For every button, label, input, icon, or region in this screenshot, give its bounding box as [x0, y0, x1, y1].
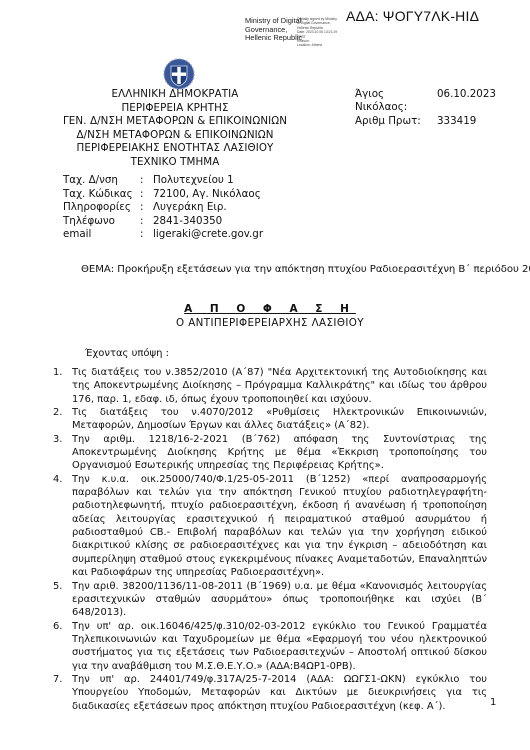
item-number: 6.	[53, 620, 72, 673]
item-text: Την αριθμ. 1218/16-2-2021 (Β΄762) απόφασ…	[72, 433, 487, 473]
list-item: 1.Τις διατάξεις του ν.3852/2010 (Α΄87) "…	[53, 366, 487, 406]
page-number: 1	[490, 697, 496, 708]
document-date: 06.10.2023	[437, 88, 496, 115]
list-item: 4.Την κ.υ.α. οικ.25000/740/Φ.1/25-05-201…	[53, 473, 487, 580]
contact-label: Ταχ. Δ/νση	[63, 174, 140, 188]
list-item: 6.Την υπ' αρ. οικ.16046/425/φ.310/02-03-…	[53, 620, 487, 673]
item-number: 4.	[53, 473, 72, 580]
item-text: Τις διατάξεις του ν.4070/2012 «Ρυθμίσεις…	[72, 406, 487, 433]
contact-row-info: Πληροφορίες : Λυγεράκη Ειρ.	[63, 201, 263, 215]
contact-label: Πληροφορίες	[63, 201, 140, 215]
protocol-label: Αριθμ Πρωτ:	[355, 115, 437, 128]
list-item: 2.Τις διατάξεις του ν.4070/2012 «Ρυθμίσε…	[53, 406, 487, 433]
item-text: Την υπ' αρ. 24401/749/φ.317Α/25-7-2014 (…	[72, 673, 487, 713]
org-line: ΤΕΧΝΙΚΟ ΤΜΗΜΑ	[25, 156, 325, 170]
issuing-authority-block: ΕΛΛΗΝΙΚΗ ΔΗΜΟΚΡΑΤΙΑ ΠΕΡΙΦΕΡΕΙΑ ΚΡΗΤΗΣ ΓΕ…	[25, 88, 325, 170]
item-number: 5.	[53, 580, 72, 620]
contact-label: Τηλέφωνο	[63, 215, 140, 229]
decision-title: Α Π Ο Φ Α Σ Η	[0, 303, 530, 315]
item-text: Την κ.υ.α. οικ.25000/740/Φ.1/25-05-2011 …	[72, 473, 487, 580]
place-label: Άγιος Νικόλαος:	[355, 88, 437, 115]
item-number: 7.	[53, 673, 72, 713]
item-number: 1.	[53, 366, 72, 406]
signature-name-line: Hellenic Republic	[245, 34, 302, 43]
considering-heading: Έχοντας υπόψη :	[85, 348, 169, 359]
list-item: 3.Την αριθμ. 1218/16-2-2021 (Β΄762) απόφ…	[53, 433, 487, 473]
decision-authority: Ο ΑΝΤΙΠΕΡΙΦΕΡΕΙΑΡΧΗΣ ΛΑΣΙΘΙΟΥ	[0, 317, 530, 329]
document-meta: Άγιος Νικόλαος: 06.10.2023 Αριθμ Πρωτ: 3…	[355, 88, 496, 128]
org-line: ΕΛΛΗΝΙΚΗ ΔΗΜΟΚΡΑΤΙΑ	[25, 88, 325, 102]
contact-row-postcode: Ταχ. Κώδικας : 72100, Αγ. Νικόλαος	[63, 188, 263, 202]
contact-separator: :	[140, 174, 153, 188]
contact-label: Ταχ. Κώδικας	[63, 188, 140, 202]
contact-value: 72100, Αγ. Νικόλαος	[153, 188, 261, 202]
protocol-number: 333419	[437, 115, 476, 128]
org-line: ΠΕΡΙΦΕΡΕΙΑ ΚΡΗΤΗΣ	[25, 102, 325, 116]
contact-row-address: Ταχ. Δ/νση : Πολυτεχνείου 1	[63, 174, 263, 188]
contact-info: Ταχ. Δ/νση : Πολυτεχνείου 1 Ταχ. Κώδικας…	[63, 174, 263, 242]
list-item: 7.Την υπ' αρ. 24401/749/φ.317Α/25-7-2014…	[53, 673, 487, 713]
contact-row-email: email : ligeraki@crete.gov.gr	[63, 228, 263, 242]
contact-value: 2841-340350	[153, 215, 222, 229]
contact-value: Λυγεράκη Ειρ.	[153, 201, 227, 215]
org-line: Δ/ΝΣΗ ΜΕΤΑΦΟΡΩΝ & ΕΠΙΚΟΙΝΩΝΙΩΝ	[25, 129, 325, 143]
signature-meta-line: Location: Athens	[297, 43, 349, 47]
org-line: ΓΕΝ. Δ/ΝΣΗ ΜΕΤΑΦΟΡΩΝ & ΕΠΙΚΟΙΝΩΝΙΩΝ	[25, 115, 325, 129]
contact-value: Πολυτεχνείου 1	[153, 174, 234, 188]
contact-separator: :	[140, 201, 153, 215]
considerations-list: 1.Τις διατάξεις του ν.3852/2010 (Α΄87) "…	[53, 366, 487, 713]
email-link[interactable]: ligeraki@crete.gov.gr	[153, 228, 263, 242]
item-number: 3.	[53, 433, 72, 473]
digital-signature-details: Digitally signed by Ministry of Digital …	[297, 17, 349, 48]
contact-separator: :	[140, 188, 153, 202]
org-line: ΠΕΡΙΦΕΡΕΙΑΚΗΣ ΕΝΟΤΗΤΑΣ ΛΑΣΙΘΙΟΥ	[25, 142, 325, 156]
item-number: 2.	[53, 406, 72, 433]
item-text: Τις διατάξεις του ν.3852/2010 (Α΄87) "Νέ…	[72, 366, 487, 406]
coat-of-arms-icon	[163, 58, 195, 90]
digital-signature-name: Ministry of Digital Governance, Hellenic…	[245, 17, 302, 43]
item-text: Την αριθ. 38200/1136/11-08-2011 (Β΄1969)…	[72, 580, 487, 620]
contact-separator: :	[140, 228, 153, 242]
contact-separator: :	[140, 215, 153, 229]
contact-label: email	[63, 228, 140, 242]
contact-row-phone: Τηλέφωνο : 2841-340350	[63, 215, 263, 229]
subject-line: ΘΕΜΑ: Προκήρυξη εξετάσεων για την απόκτη…	[81, 264, 530, 275]
ada-code: ΑΔΑ: ΨΟΓΥ7ΛΚ-ΗΙΔ	[346, 8, 479, 24]
list-item: 5.Την αριθ. 38200/1136/11-08-2011 (Β΄196…	[53, 580, 487, 620]
item-text: Την υπ' αρ. οικ.16046/425/φ.310/02-03-20…	[72, 620, 487, 673]
